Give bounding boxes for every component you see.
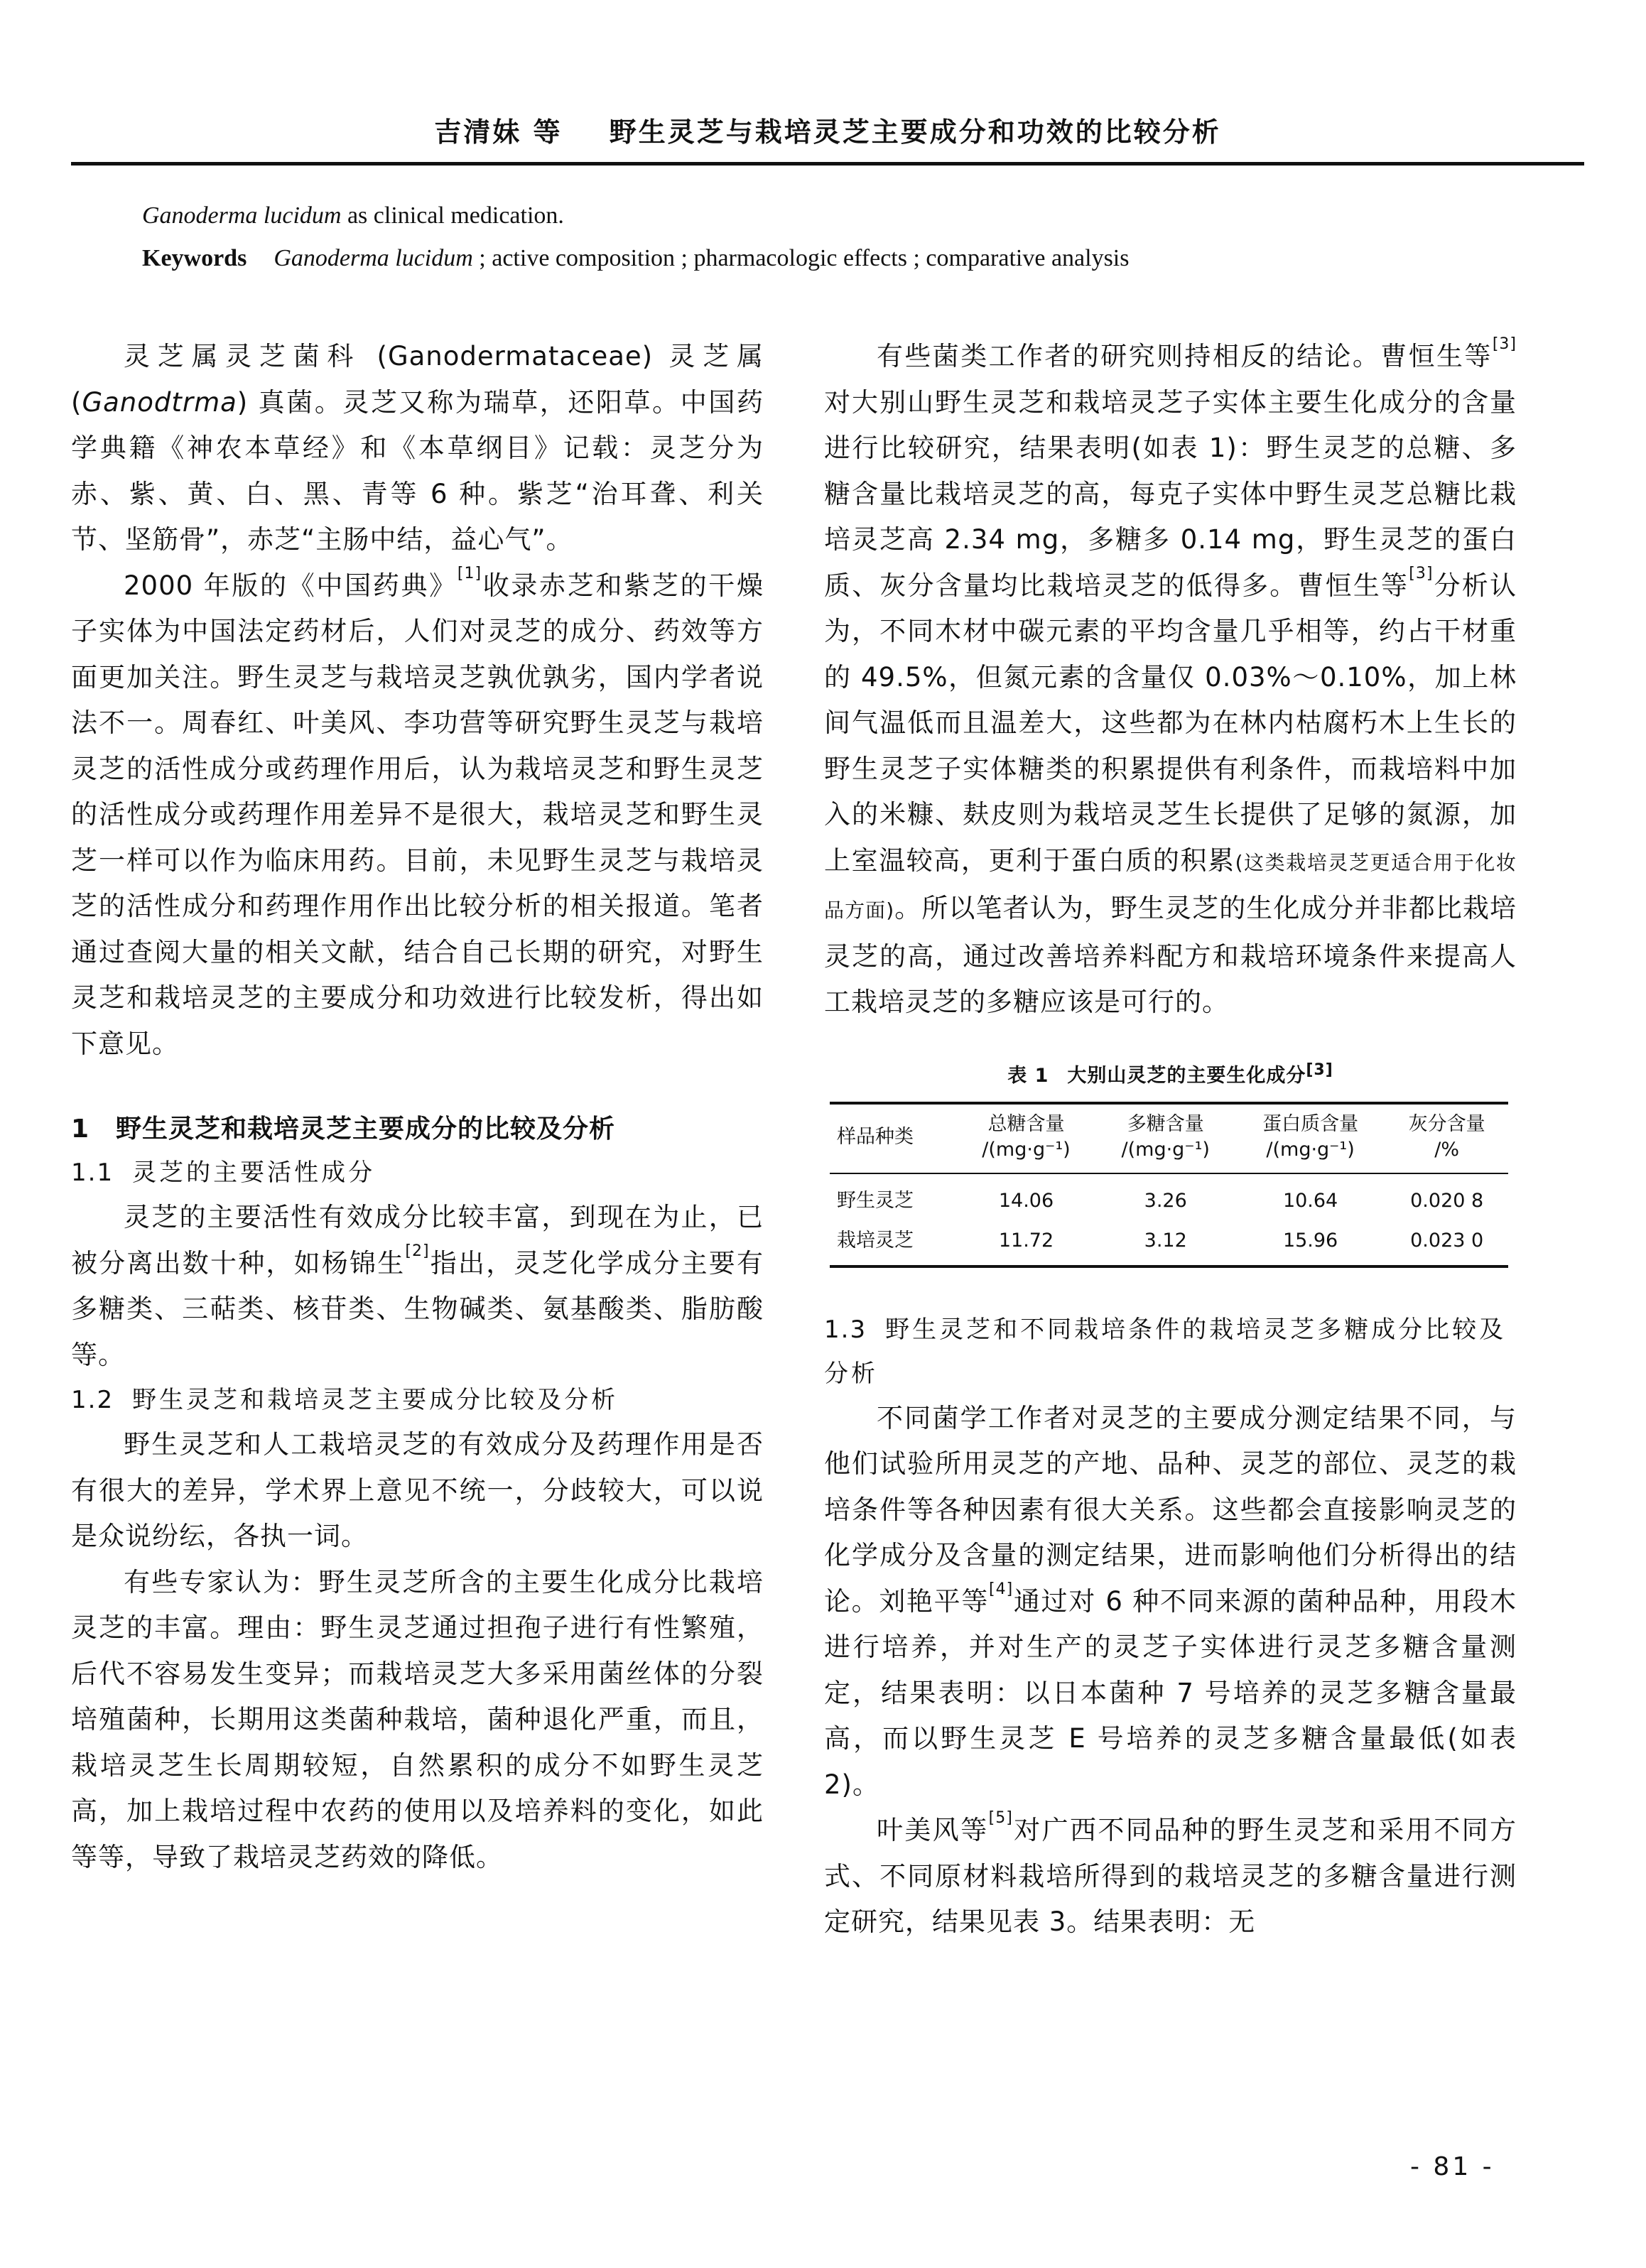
paragraph-intro: 灵芝属灵芝菌科 (Ganodermataceae) 灵芝属 (Ganodtrma… [71,334,764,563]
paragraph-opposite-view: 有些菌类工作者的研究则持相反的结论。曹恒生等[3]对大别山野生灵芝和栽培灵芝子实… [824,334,1517,1026]
subsection-heading-1-2: 1.2野生灵芝和栽培灵芝主要成分比较及分析 [71,1378,764,1422]
paragraph-wild-richer: 有些专家认为：野生灵芝所含的主要生化成分比栽培灵芝的丰富。理由：野生灵芝通过担孢… [71,1560,764,1881]
citation-ref[interactable]: [3] [1493,335,1517,353]
keywords-label: Keywords [142,245,247,271]
citation-ref[interactable]: [4] [989,1580,1013,1598]
genus-name: Ganodtrma [82,387,237,418]
citation-ref[interactable]: [5] [989,1809,1013,1827]
paragraph-pharmacopoeia: 2000 年版的《中国药典》[1]收录赤芝和紫芝的干燥子实体为中国法定药材后，人… [71,563,764,1068]
header-title: 野生灵芝与栽培灵芝主要成分和功效的比较分析 [610,116,1221,148]
table-row: 野生灵芝 14.06 3.26 10.64 0.020 8 [830,1173,1508,1221]
table-1: 表 1大别山灵芝的主要生化成分[3] 样品种类 总糖含量/(mg·g⁻¹) 多糖… [824,1060,1517,1268]
table-row: 栽培灵芝 11.72 3.12 15.96 0.023 0 [830,1221,1508,1266]
column-header: 样品种类 [830,1103,956,1173]
page-number: - 81 - [1410,2152,1495,2181]
keywords-line: KeywordsGanoderma lucidum ; active compo… [142,245,1129,272]
citation-ref[interactable]: [3] [1409,565,1433,582]
table-caption: 表 1大别山灵芝的主要生化成分[3] [824,1060,1517,1087]
abstract-text: as clinical medication. [341,202,563,229]
keywords-list: ; active composition ; pharmacologic eff… [473,245,1130,271]
subsection-heading-1-3: 1.3野生灵芝和不同栽培条件的栽培灵芝多糖成分比较及分析 [824,1308,1517,1396]
column-header: 总糖含量/(mg·g⁻¹) [956,1103,1095,1173]
running-header: 吉清妹 等 野生灵芝与栽培灵芝主要成分和功效的比较分析 [71,110,1584,149]
section-heading-1: 1 野生灵芝和栽培灵芝主要成分的比较及分析 [71,1108,764,1151]
right-column: 有些菌类工作者的研究则持相反的结论。曹恒生等[3]对大别山野生灵芝和栽培灵芝子实… [824,334,1517,1946]
abstract-tail: Ganoderma lucidum as clinical medication… [142,202,564,229]
column-header: 蛋白质含量/(mg·g⁻¹) [1235,1103,1385,1173]
column-header: 灰分含量/% [1385,1103,1508,1173]
left-column: 灵芝属灵芝菌科 (Ganodermataceae) 灵芝属 (Ganodtrma… [71,334,764,1880]
citation-ref[interactable]: [2] [405,1242,429,1260]
composition-table: 样品种类 总糖含量/(mg·g⁻¹) 多糖含量/(mg·g⁻¹) 蛋白质含量/(… [830,1102,1508,1268]
table-header-row: 样品种类 总糖含量/(mg·g⁻¹) 多糖含量/(mg·g⁻¹) 蛋白质含量/(… [830,1103,1508,1173]
column-header: 多糖含量/(mg·g⁻¹) [1096,1103,1235,1173]
header-authors: 吉清妹 等 [434,116,562,148]
paragraph-active-components: 灵芝的主要活性有效成分比较丰富，到现在为止，已被分离出数十种，如杨锦生[2]指出… [71,1195,764,1378]
citation-ref[interactable]: [3] [1306,1061,1333,1079]
paragraph-guangxi-study: 叶美风等[5]对广西不同品种的野生灵芝和采用不同方式、不同原材料栽培所得到的栽培… [824,1808,1517,1946]
paragraph-debate: 野生灵芝和人工栽培灵芝的有效成分及药理作用是否有很大的差异，学术界上意见不统一，… [71,1422,764,1560]
header-divider [71,162,1584,166]
subsection-heading-1-1: 1.1灵芝的主要活性成分 [71,1151,764,1195]
species-name: Ganoderma lucidum [142,202,341,229]
citation-ref[interactable]: [1] [457,565,482,582]
paragraph-measurement-differences: 不同菌学工作者对灵芝的主要成分测定结果不同，与他们试验所用灵芝的产地、品种、灵芝… [824,1396,1517,1808]
keyword-species: Ganoderma lucidum [274,245,472,271]
